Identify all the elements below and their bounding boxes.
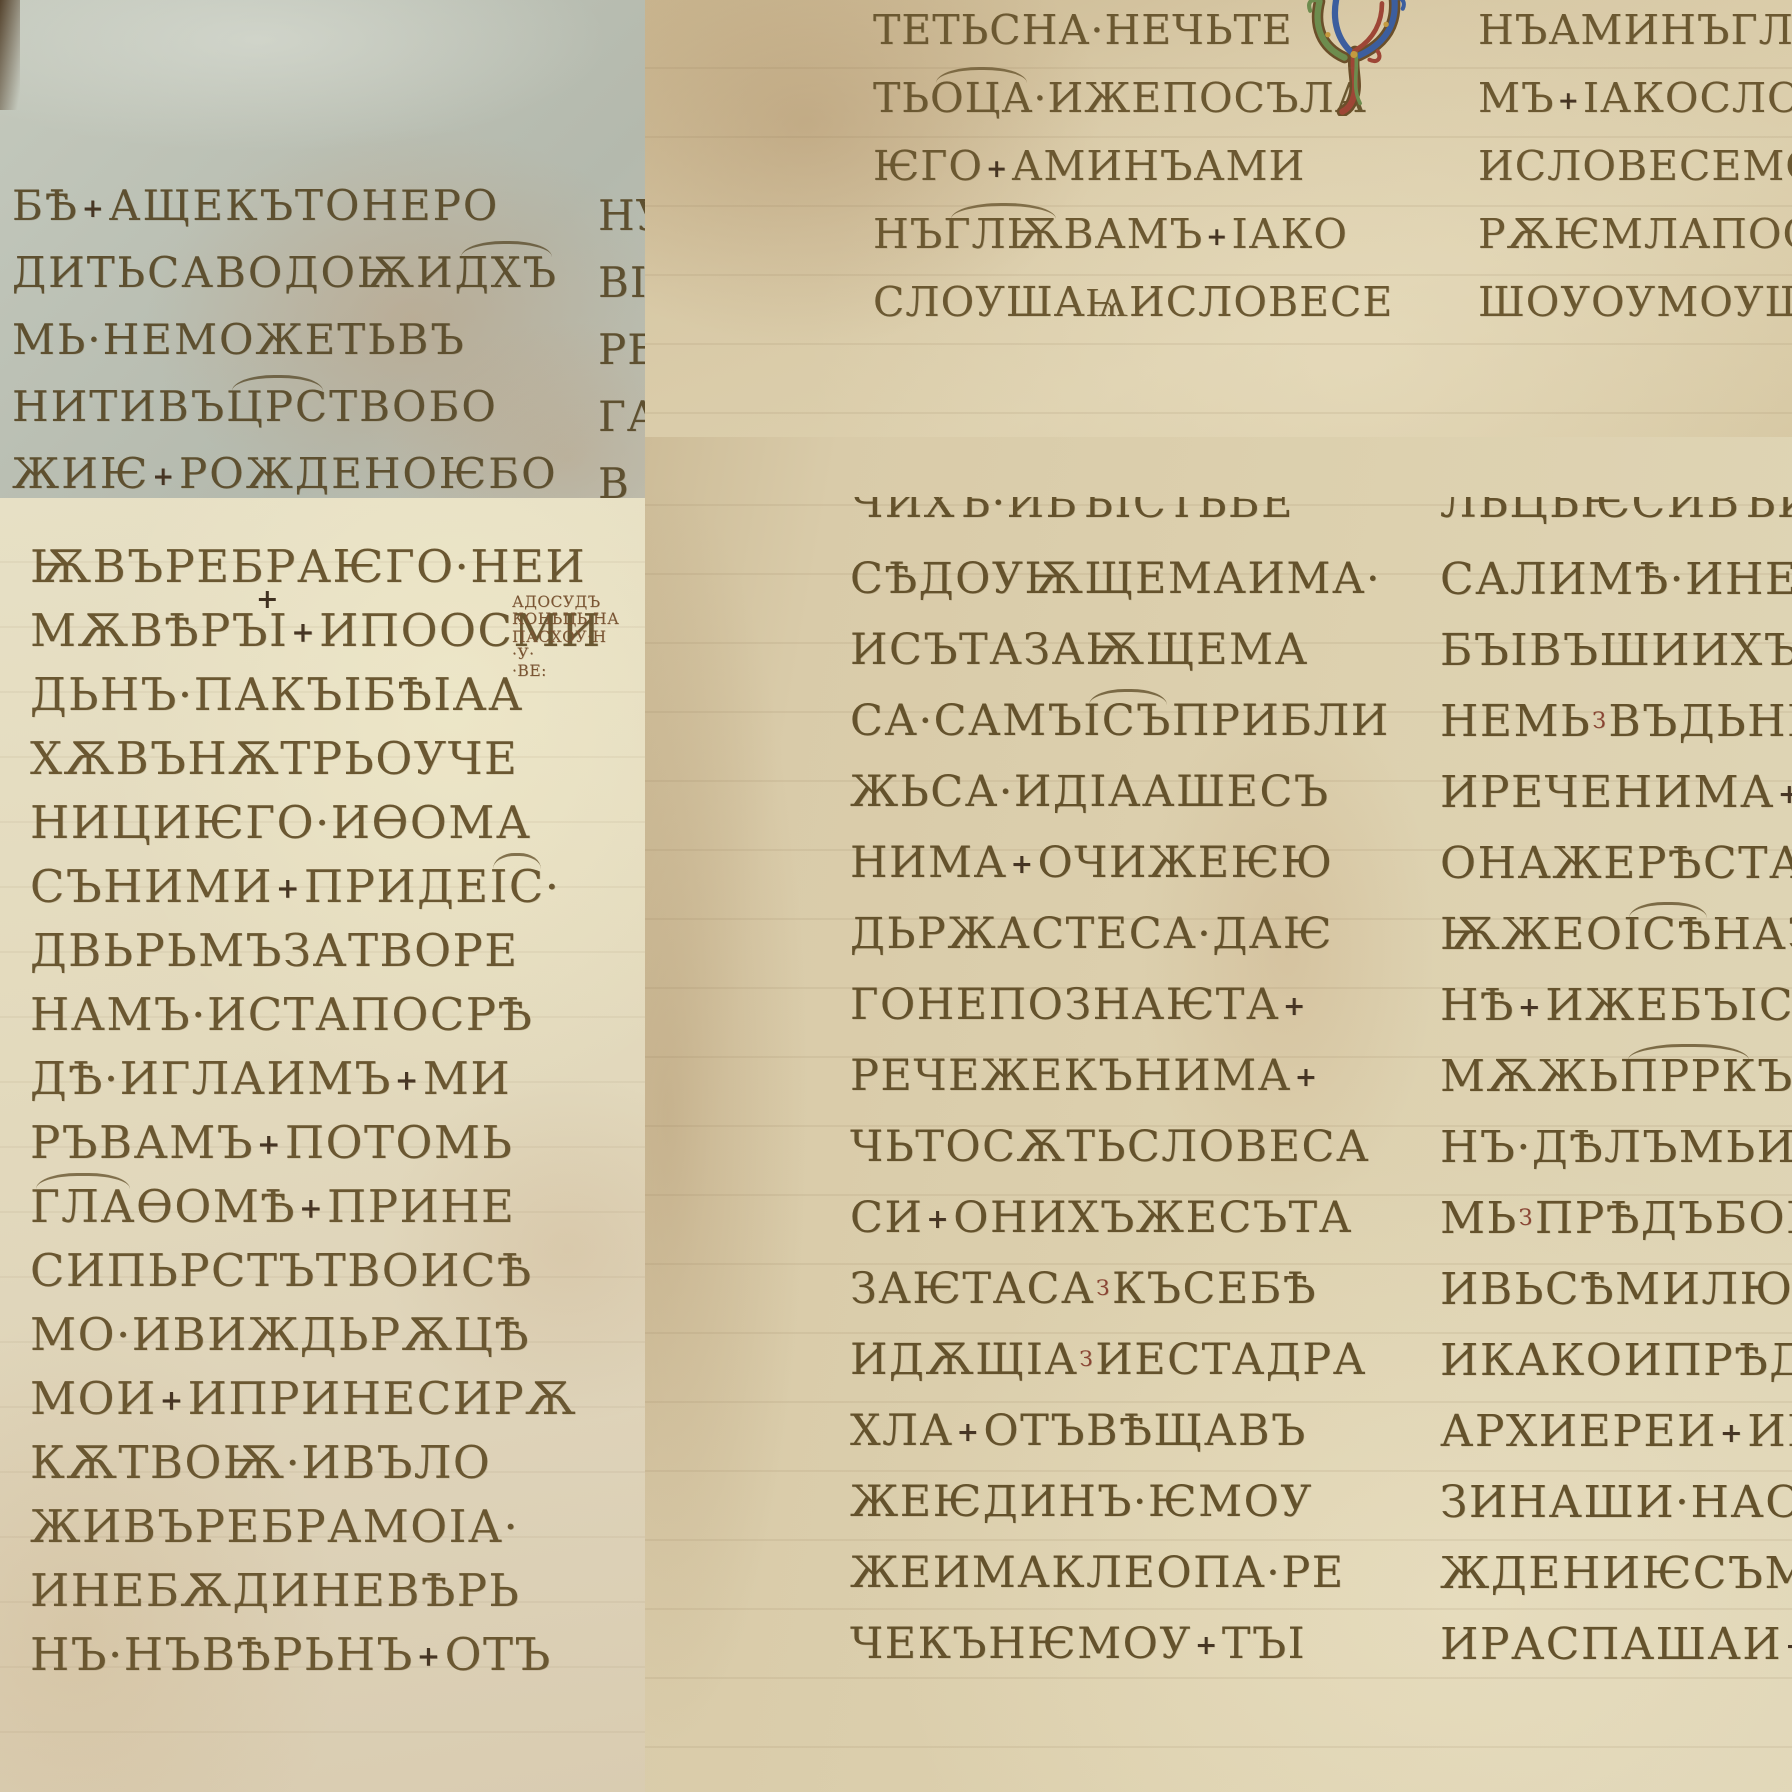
- manuscript-line: ЧИХЪ·ИБЪІСТЬБЕ: [850, 497, 1390, 527]
- manuscript-line: ·ВЕ:: [512, 663, 619, 680]
- manuscript-line: ЧЬТОСѪТЬСЛОВЕСА: [850, 1123, 1390, 1194]
- manuscript-line: СИПЬРСТЪТВОИСѢ: [30, 1246, 602, 1310]
- manuscript-line: ЛЬЦЬѤСИВЪИЕ: [1440, 497, 1792, 527]
- manuscript-line: РЪВАМЪ+ПОТОМЬ: [30, 1118, 602, 1182]
- manuscript-line: СЛОУШАѨИСЛОВЕСЕ: [873, 280, 1393, 348]
- manuscript-line: ·У·: [512, 646, 619, 663]
- marginal-gloss: АДОСУДЪКОНЬЦЬ·НАПАСХОУ·Н·У··ВЕ:: [512, 594, 619, 681]
- manuscript-line: КѪТВОѬ·ИВЪЛО: [30, 1438, 602, 1502]
- text-column: НЪАМИНЪГЛАМЪ+ІАКОСЛОУИСЛОВЕСЕМОѤРѪѤМЛАПО…: [1478, 8, 1792, 348]
- manuscript-line: ИДѪЩІАЗИЕСТАДРА: [850, 1336, 1390, 1407]
- manuscript-line: НЪ·НЪВѢРЬНЪ+ОТЪ: [30, 1630, 602, 1694]
- manuscript-line: ДИТЬСАВОДОѬИДХЪ: [12, 249, 558, 316]
- insertion-cross: +: [256, 584, 279, 615]
- manuscript-line: ИКАКОИПРѢДА: [1440, 1336, 1792, 1407]
- text-column: ЛЬЦЬѤСИВЪИЕСАЛИМѢ·ИНЕЧБЪІВЪШИИХЪНЕМЬЗВЪД…: [1440, 497, 1792, 1691]
- manuscript-line: САЛИМѢ·ИНЕЧ: [1440, 555, 1792, 626]
- manuscript-line: ИВЬСѢМИЛЮДЬ: [1440, 1265, 1792, 1336]
- manuscript-line: ѤГО+АМИНЪАМИ: [873, 144, 1393, 212]
- manuscript-line: АДОСУДЪ: [512, 594, 619, 611]
- manuscript-page-bottom-left: ѬВЪРЕБРАѤГО·НЕИМѪВѢРЪІ+ИПООСМИДЬНЪ·ПАКЪІ…: [0, 498, 645, 1792]
- manuscript-line: ЖЕИМАКЛЕОПА·РЕ: [850, 1549, 1390, 1620]
- manuscript-line: НЪГЛѬВАМЪ+ІАКО: [873, 212, 1393, 280]
- manuscript-line: ИРАСПАШАИ+: [1440, 1620, 1792, 1691]
- manuscript-page-top-right: ТЕТЬСНА·НЕЧЬТЕТЬОЦА·ИЖЕПОСЪЛАѤГО+АМИНЪАМ…: [645, 0, 1792, 437]
- manuscript-line: БЪІВЪШИИХЪ: [1440, 626, 1792, 697]
- text-column: БѢ+АЩЕКЪТОНЕРОДИТЬСАВОДОѬИДХЪМЬ·НЕМОЖЕТЬ…: [12, 182, 558, 498]
- manuscript-line: ЧЕКЪНѤМОУ+ТЪІ: [850, 1620, 1390, 1691]
- manuscript-line: ЖДЕНИѤСЪМЬ: [1440, 1549, 1792, 1620]
- manuscript-line: ОНАЖЕРѢСТАѤ: [1440, 839, 1792, 910]
- manuscript-line: БѢ+АЩЕКЪТОНЕРО: [12, 182, 558, 249]
- manuscript-line: В: [598, 460, 645, 498]
- text-column: ѬВЪРЕБРАѤГО·НЕИМѪВѢРЪІ+ИПООСМИДЬНЪ·ПАКЪІ…: [30, 542, 602, 1694]
- manuscript-collage: БѢ+АЩЕКЪТОНЕРОДИТЬСАВОДОѬИДХЪМЬ·НЕМОЖЕТЬ…: [0, 0, 1792, 1792]
- manuscript-line: ЖИѤ+РОЖДЕНОѤБО: [12, 450, 558, 498]
- manuscript-line: ПАСХОУ·Н: [512, 629, 619, 646]
- manuscript-line: ГЛАѲОМѢ+ПРИНЕ: [30, 1182, 602, 1246]
- manuscript-line: НЕМЬЗВЪДЬНИ: [1440, 697, 1792, 768]
- manuscript-line: ИНЕБѪДИНЕВѢРЬ: [30, 1566, 602, 1630]
- manuscript-line: КОНЬЦЬ·НА: [512, 611, 619, 628]
- manuscript-line: ИСЛОВЕСЕМОѤ: [1478, 144, 1792, 212]
- manuscript-line: СИ+ОНИХЪЖЕСЪТА: [850, 1194, 1390, 1265]
- manuscript-line: ШОУОУМОУШ: [1478, 280, 1792, 348]
- illuminated-initial: [1305, 0, 1409, 116]
- manuscript-line: МЪ+ІАКОСЛОУ: [1478, 76, 1792, 144]
- manuscript-line: РЕЧЕЖЕКЪНИМА+: [850, 1052, 1390, 1123]
- manuscript-page-bottom-right: ЧИХЪ·ИБЪІСТЬБЕСѢДОУѬЩЕМАИМА·ИСЪТАЗАѬЩЕМА…: [645, 437, 1792, 1792]
- manuscript-line: ЖЕѤДИНЪ·ѤМОУ: [850, 1478, 1390, 1549]
- manuscript-line: ЖИВЪРЕБРАМОІА·: [30, 1502, 602, 1566]
- manuscript-line: СЪНИМИ+ПРИДЕІС·: [30, 862, 602, 926]
- manuscript-line: НѢ+ИЖЕБЪІС: [1440, 981, 1792, 1052]
- manuscript-line: НИМА+ОЧИЖЕѤЮ: [850, 839, 1390, 910]
- manuscript-page-top-left: БѢ+АЩЕКЪТОНЕРОДИТЬСАВОДОѬИДХЪМЬ·НЕМОЖЕТЬ…: [0, 0, 645, 498]
- manuscript-line: НИТИВЪЦРСТВОБО: [12, 383, 558, 450]
- manuscript-line: МО·ИВИЖДЬРѪЦѢ: [30, 1310, 602, 1374]
- manuscript-line: СѢДОУѬЩЕМАИМА·: [850, 555, 1390, 626]
- manuscript-line: НУ: [598, 192, 645, 259]
- manuscript-line: ВІ: [598, 259, 645, 326]
- manuscript-line: ѬЖЕОІСѢНАЗАР: [1440, 910, 1792, 981]
- manuscript-line: НАМЪ·ИСТАПОСРѢ: [30, 990, 602, 1054]
- manuscript-line: ЗАѤТАСАЗКЪСЕБѢ: [850, 1265, 1390, 1336]
- manuscript-line: ДВЬРЬМЪЗАТВОРЕ: [30, 926, 602, 990]
- manuscript-line: ЗИНАШИ·НАО: [1440, 1478, 1792, 1549]
- manuscript-line: ХѪВЪНѪТРЬОУЧЕ: [30, 734, 602, 798]
- manuscript-line: ГОНЕПОЗНАѤТА+: [850, 981, 1390, 1052]
- manuscript-line: ИСЪТАЗАѬЩЕМА: [850, 626, 1390, 697]
- manuscript-line: СА·САМЪІСЪПРИБЛИ: [850, 697, 1390, 768]
- manuscript-line: ДЬРЖАСТЕСА·ДАѤ: [850, 910, 1390, 981]
- manuscript-line: АРХИЕРЕИ+ИК: [1440, 1407, 1792, 1478]
- text-column-edge-fragments: НУВІРЕГАВ: [598, 192, 645, 498]
- manuscript-line: ДѢ·ИГЛАИМЪ+МИ: [30, 1054, 602, 1118]
- manuscript-line: МѪЖЬПРРКЪ·С: [1440, 1052, 1792, 1123]
- manuscript-line: РѪѤМЛАПОС: [1478, 212, 1792, 280]
- manuscript-line: НЪАМИНЪГЛА: [1478, 8, 1792, 76]
- manuscript-line: ГА: [598, 393, 645, 460]
- text-column: ЧИХЪ·ИБЪІСТЬБЕСѢДОУѬЩЕМАИМА·ИСЪТАЗАѬЩЕМА…: [850, 497, 1390, 1691]
- manuscript-line: ЖЬСА·ИДІААШЕСЪ: [850, 768, 1390, 839]
- manuscript-line: РЕ: [598, 326, 645, 393]
- manuscript-line: НЪ·ДѢЛЪМЬИС: [1440, 1123, 1792, 1194]
- manuscript-line: МЬ·НЕМОЖЕТЬВЪ: [12, 316, 558, 383]
- manuscript-line: ИРЕЧЕНИМА+КЪ: [1440, 768, 1792, 839]
- manuscript-line: ХЛА+ОТЪВѢЩАВЪ: [850, 1407, 1390, 1478]
- manuscript-line: МОИ+ИПРИНЕСИРѪ: [30, 1374, 602, 1438]
- manuscript-line: МЬЗПРѢДЪБОГ: [1440, 1194, 1792, 1265]
